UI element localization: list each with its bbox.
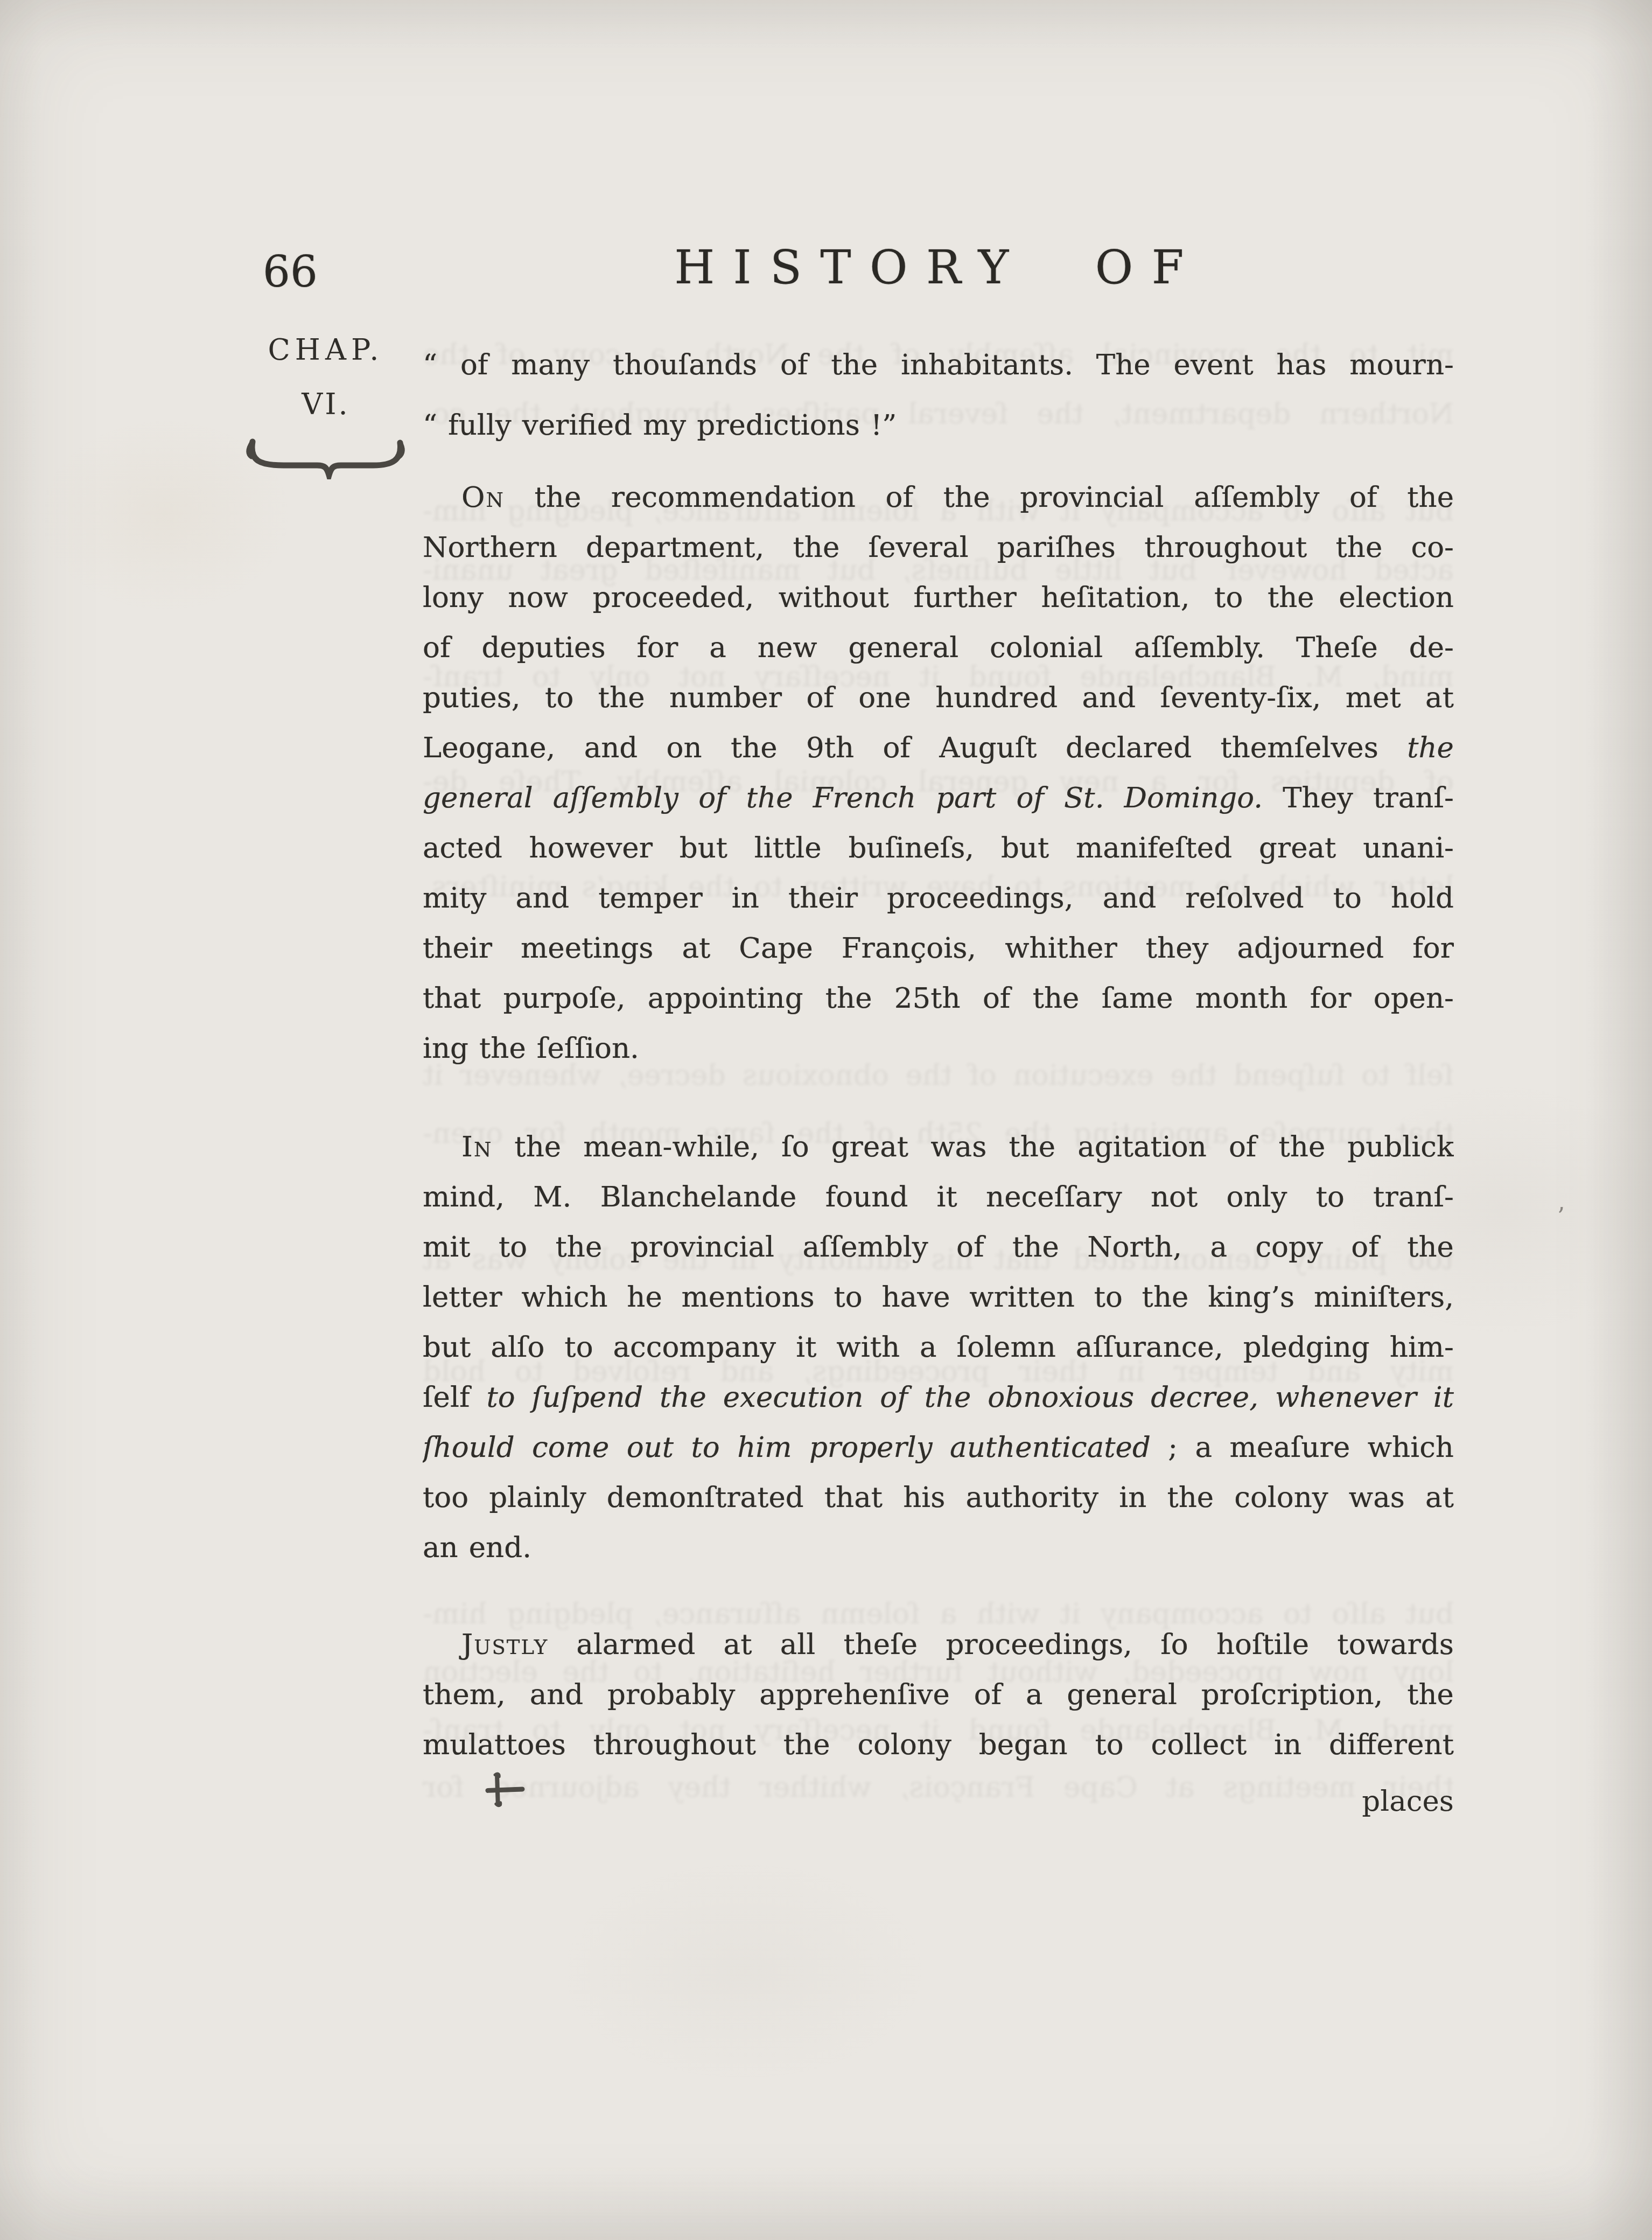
quotation-block: “ of many thouſands of the inhabitants. … — [423, 335, 1454, 456]
lead-word: Justly — [461, 1628, 548, 1661]
text-line: Justly alarmed at all theſe proceedings,… — [423, 1620, 1454, 1670]
running-title: HISTORY OF — [423, 241, 1454, 305]
text-run: “ of many thouſands of the inhabitants. … — [423, 348, 1454, 381]
catchword: places — [1362, 1785, 1454, 1818]
chapter-brace-icon — [246, 430, 405, 479]
paragraph-3: Justly alarmed at all theſe proceedings,… — [423, 1620, 1454, 1770]
text-run: mit to the provincial aſſembly of the No… — [423, 1231, 1454, 1264]
book-page: mit to the provincial aſſembly of the No… — [0, 0, 1652, 2240]
text-line: mit to the provincial aſſembly of the No… — [423, 1222, 1454, 1272]
text-run: of deputies for a new general colonial a… — [423, 631, 1454, 664]
text-line: acted however but little buſineſs, but m… — [423, 823, 1454, 873]
text-run: that purpoſe, appointing the 25th of the… — [423, 982, 1454, 1015]
text-line: but alſo to accompany it with a ſolemn a… — [423, 1322, 1454, 1372]
text-run: but alſo to accompany it with a ſolemn a… — [423, 1331, 1454, 1364]
text-line: Leogane, and on the 9th of Auguſt declar… — [423, 723, 1454, 773]
text-line: mulattoes throughout the colony began to… — [423, 1720, 1454, 1770]
chapter-label: CHAP. — [237, 333, 415, 367]
italic-text: to ſuſpend the execution of the obnoxiou… — [486, 1381, 1454, 1414]
text-line: On the recommendation of the provincial … — [423, 472, 1454, 522]
lead-word: In — [461, 1131, 492, 1163]
text-run: ; a meaſure which — [1151, 1431, 1454, 1464]
text-run: alarmed at all theſe proceedings, ſo hoſ… — [548, 1628, 1454, 1661]
text-line: of deputies for a new general colonial a… — [423, 623, 1454, 673]
text-line: puties, to the number of one hundred and… — [423, 673, 1454, 723]
text-line: mity and temper in their proceedings, an… — [423, 873, 1454, 923]
text-line: an end. — [423, 1523, 1454, 1573]
catchword-row: places — [423, 1776, 1454, 1826]
italic-text: ſhould come out to him properly authenti… — [423, 1431, 1151, 1464]
text-run: an end. — [423, 1531, 531, 1564]
text-line: lony now proceeded, without further heſi… — [423, 573, 1454, 623]
text-line: too plainly demonſtrated that his author… — [423, 1473, 1454, 1523]
text-run: their meetings at Cape François, whither… — [423, 932, 1454, 965]
text-run: puties, to the number of one hundred and… — [423, 681, 1454, 714]
italic-text: the — [1407, 731, 1454, 764]
text-run: ing the ſeſſion. — [423, 1032, 639, 1065]
text-line: their meetings at Cape François, whither… — [423, 923, 1454, 973]
text-run: acted however but little buſineſs, but m… — [423, 832, 1454, 864]
text-line: ſelf to ſuſpend the execution of the obn… — [423, 1372, 1454, 1422]
text-run: the mean-while, ſo great was the agitati… — [492, 1131, 1454, 1163]
text-line: Northern department, the ſeveral pariſhe… — [423, 522, 1454, 573]
text-run: too plainly demonſtrated that his author… — [423, 1481, 1454, 1514]
text-line: “ fully verified my predictions !” — [423, 395, 1454, 456]
text-run: mulattoes throughout the colony began to… — [423, 1728, 1454, 1761]
text-line: ſhould come out to him properly authenti… — [423, 1422, 1454, 1473]
text-run: letter which he mentions to have written… — [423, 1281, 1454, 1314]
chapter-number: VI. — [237, 387, 415, 421]
text-run: the recommendation of the provincial aſſ… — [505, 481, 1454, 514]
text-run: mind, M. Blanchelande found it neceſſary… — [423, 1181, 1454, 1213]
text-line: “ of many thouſands of the inhabitants. … — [423, 335, 1454, 395]
paragraph-2: In the mean-while, ſo great was the agit… — [423, 1122, 1454, 1573]
lead-word: On — [461, 481, 505, 514]
text-line: letter which he mentions to have written… — [423, 1272, 1454, 1322]
text-run: them, and probably apprehenſive of a gen… — [423, 1678, 1454, 1711]
ink-speck: ’ — [1557, 1203, 1565, 1231]
text-line: that purpoſe, appointing the 25th of the… — [423, 973, 1454, 1023]
text-run: “ fully verified my predictions !” — [423, 409, 897, 442]
text-line: general aſſembly of the French part of S… — [423, 773, 1454, 823]
text-line: them, and probably apprehenſive of a gen… — [423, 1670, 1454, 1720]
text-run: lony now proceeded, without further heſi… — [423, 581, 1454, 614]
chapter-sidenote: CHAP. VI. — [237, 333, 415, 482]
italic-text: general aſſembly of the French part of S… — [423, 781, 1263, 814]
paragraph-1: On the recommendation of the provincial … — [423, 472, 1454, 1073]
text-run: They tranſ- — [1263, 781, 1454, 814]
page-number: 66 — [263, 247, 318, 297]
text-line: In the mean-while, ſo great was the agit… — [423, 1122, 1454, 1172]
text-line: mind, M. Blanchelande found it neceſſary… — [423, 1172, 1454, 1222]
text-run: Northern department, the ſeveral pariſhe… — [423, 531, 1454, 564]
text-run: Leogane, and on the 9th of Auguſt declar… — [423, 731, 1407, 764]
text-line: ing the ſeſſion. — [423, 1023, 1454, 1073]
text-run: ſelf — [423, 1381, 486, 1414]
text-run: mity and temper in their proceedings, an… — [423, 882, 1454, 915]
